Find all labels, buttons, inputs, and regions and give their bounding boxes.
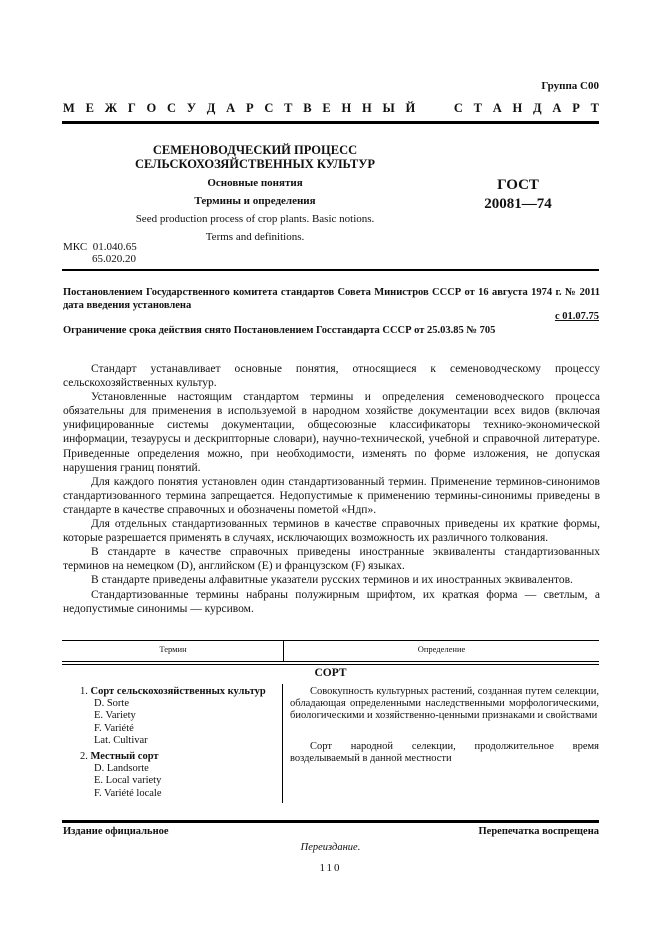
term-equivalent: D. Landsorte — [80, 763, 280, 775]
banner-letter: С — [167, 101, 176, 116]
mks-rule — [62, 269, 599, 271]
banner-letter: Т — [474, 101, 482, 116]
banner-letter — [426, 101, 429, 116]
banner-letter: С — [264, 101, 273, 116]
banner-letter: А — [226, 101, 235, 116]
introduction-date: с 01.07.75 — [555, 311, 599, 322]
banner-letter: Н — [342, 101, 352, 116]
mks-codes: МКС 01.040.65 65.020.20 — [63, 241, 137, 265]
banner-letter: Д — [207, 101, 216, 116]
term-name: Сорт сельскохозяйственных культур — [91, 686, 266, 697]
definitions-column: Совокупность культурных растений, создан… — [290, 686, 599, 765]
banner-letter: У — [187, 101, 196, 116]
terms-column: 1. Сорт сельскохозяйственных культур D. … — [80, 686, 280, 804]
term-equivalent: F. Variété locale — [80, 788, 280, 800]
banner-letter: Р — [572, 101, 580, 116]
limit-removal-text: Ограничение срока действия снято Постано… — [63, 325, 495, 336]
term-equivalent: E. Local variety — [80, 775, 280, 787]
standard-banner: МЕЖГОСУДАРСТВЕННЫЙ СТАНДАРТ — [63, 101, 599, 116]
term-number: 2. — [80, 751, 88, 762]
banner-letter: Н — [362, 101, 372, 116]
term-equivalent: E. Variety — [80, 710, 280, 722]
banner-letter: Ж — [105, 101, 117, 116]
page-number: 110 — [0, 862, 661, 874]
term-entry: 1. Сорт сельскохозяйственных культур D. … — [80, 686, 280, 747]
definition: Сорт народной селекции, продолжительное … — [290, 741, 599, 765]
banner-letter: С — [454, 101, 463, 116]
mks-label: МКС — [63, 241, 87, 253]
english-title-1: Seed production process of crop plants. … — [110, 213, 400, 226]
english-title-2: Terms and definitions. — [110, 231, 400, 244]
column-header-definition: Определение — [284, 644, 599, 654]
table-header: Термин Определение — [62, 640, 599, 661]
banner-letter: Е — [322, 101, 330, 116]
banner-letter: Д — [533, 101, 542, 116]
paragraph: Для отдельных стандартизованных терминов… — [63, 517, 600, 545]
banner-letter: Г — [128, 101, 136, 116]
paragraph: В стандарте приведены алфавитные указате… — [63, 573, 600, 587]
group-code: Группа С00 — [541, 80, 599, 92]
header-rule — [62, 121, 599, 124]
banner-letter: А — [493, 101, 502, 116]
gost-number: 20081—74 — [468, 195, 568, 214]
mks-code: 65.020.20 — [92, 253, 136, 265]
paragraph: Стандарт устанавливает основные понятия,… — [63, 362, 600, 390]
term-equivalent: D. Sorte — [80, 698, 280, 710]
term-equivalent: Lat. Cultivar — [80, 735, 280, 747]
paragraph: В стандарте в качестве справочных привед… — [63, 545, 600, 573]
official-edition-label: Издание официальное — [63, 826, 169, 837]
title-line-2: СЕЛЬСКОХОЗЯЙСТВЕННЫХ КУЛЬТУР — [110, 157, 400, 171]
banner-letter: Ы — [383, 101, 395, 116]
mks-code: 01.040.65 — [93, 241, 137, 253]
decree-text: Постановлением Государственного комитета… — [63, 286, 600, 312]
reprint-prohibited-label: Перепечатка воспрещена — [479, 826, 599, 837]
banner-letter: А — [552, 101, 561, 116]
reissue-label: Переиздание. — [0, 842, 661, 853]
term-equivalent: F. Variété — [80, 723, 280, 735]
banner-letter: Н — [513, 101, 523, 116]
term-number: 1. — [80, 686, 88, 697]
paragraph: Установленные настоящим стандартом терми… — [63, 390, 600, 475]
term-name: Местный сорт — [91, 751, 159, 762]
banner-letter — [440, 101, 443, 116]
banner-letter: В — [303, 101, 311, 116]
definition: Совокупность культурных растений, создан… — [290, 686, 599, 723]
table-column-divider — [282, 684, 283, 803]
banner-letter: Й — [406, 101, 416, 116]
paragraph: Стандартизованные термины набраны полужи… — [63, 588, 600, 616]
header-double-rule — [62, 661, 599, 665]
introduction-text: Стандарт устанавливает основные понятия,… — [63, 362, 600, 616]
banner-letter: Р — [246, 101, 254, 116]
gost-label: ГОСТ — [468, 176, 568, 195]
banner-letter: О — [147, 101, 157, 116]
subtitle-terms: Термины и определения — [110, 195, 400, 208]
banner-letter: Т — [284, 101, 292, 116]
paragraph: Для каждого понятия установлен один стан… — [63, 475, 600, 517]
column-header-term: Термин — [62, 644, 284, 654]
banner-letter: М — [63, 101, 75, 116]
title-block: СЕМЕНОВОДЧЕСКИЙ ПРОЦЕСС СЕЛЬСКОХОЗЯЙСТВЕ… — [110, 143, 400, 244]
subtitle-basic-notions: Основные понятия — [110, 177, 400, 190]
title-line-1: СЕМЕНОВОДЧЕСКИЙ ПРОЦЕСС — [110, 143, 400, 157]
term-entry: 2. Местный сорт D. Landsorte E. Local va… — [80, 751, 280, 800]
banner-letter: Т — [591, 101, 599, 116]
gost-number-block: ГОСТ 20081—74 — [468, 176, 568, 214]
section-heading: СОРТ — [62, 667, 599, 679]
footer-rule — [62, 820, 599, 823]
banner-letter: Е — [86, 101, 94, 116]
